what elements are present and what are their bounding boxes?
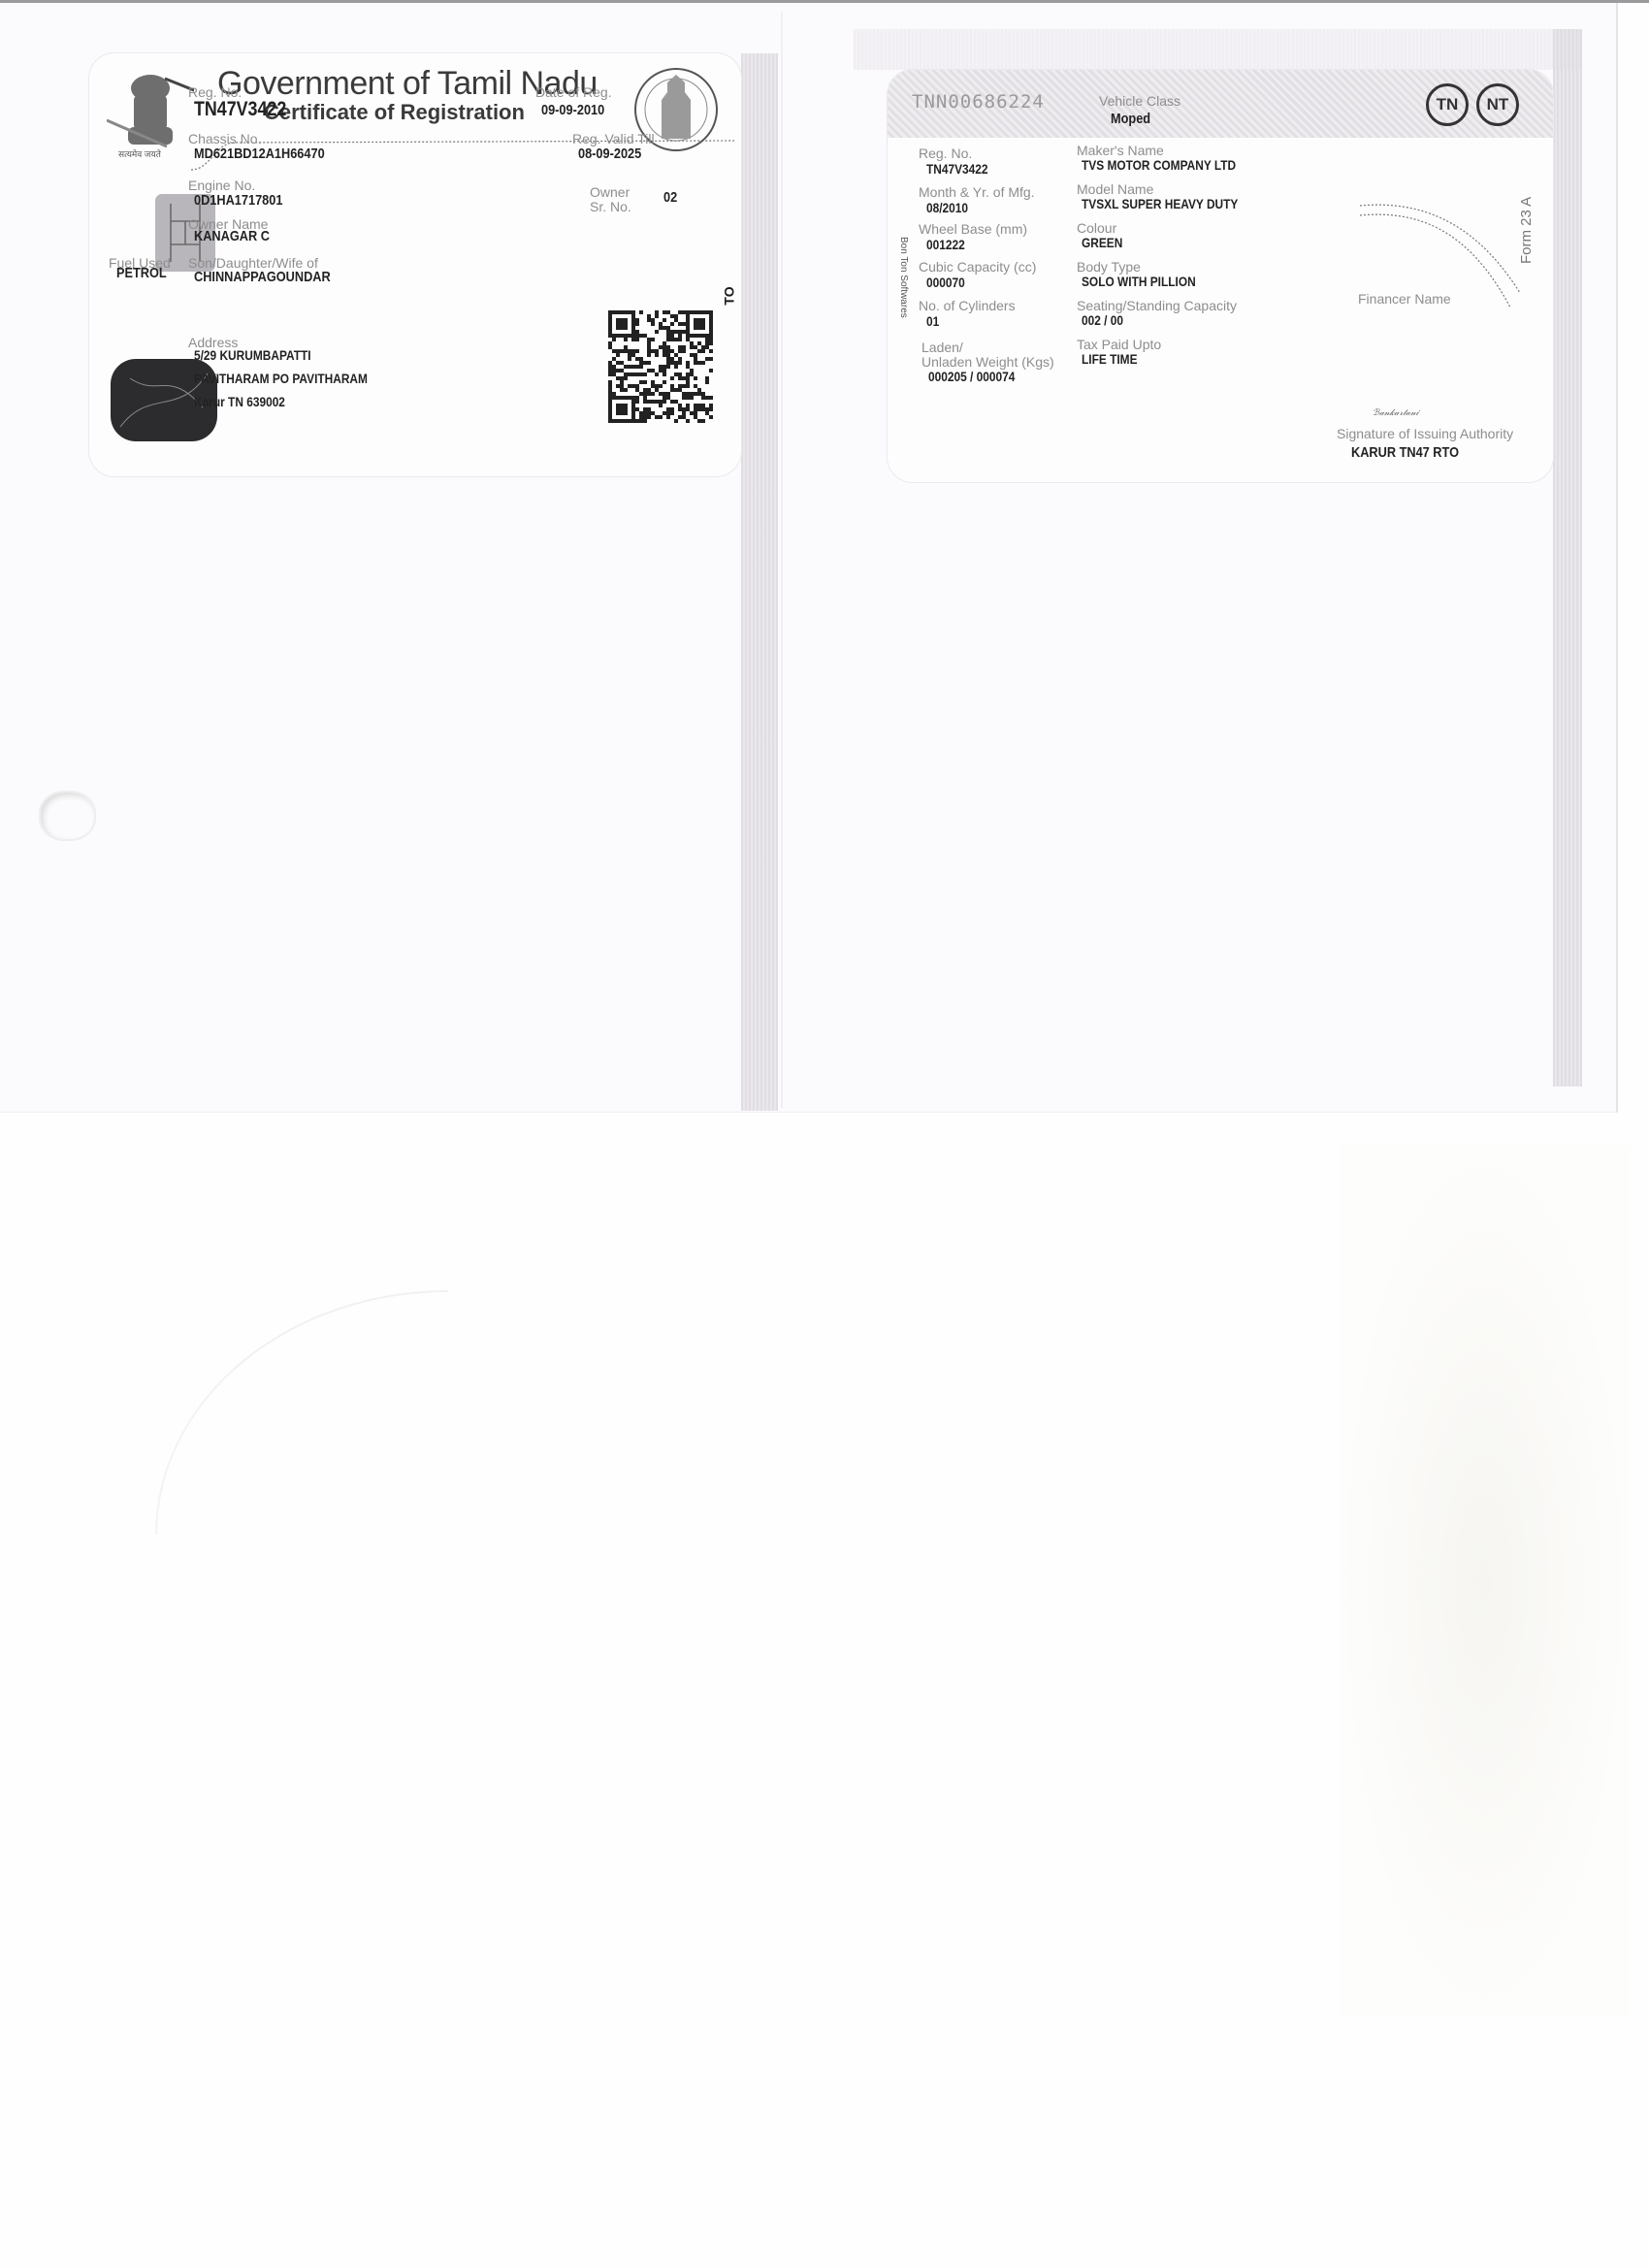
address-line-2: PAVITHARAM PO PAVITHARAM (194, 371, 368, 386)
chassis-no-label: Chassis No. (188, 131, 261, 146)
software-vendor: Bon Ton Softwares (898, 237, 909, 318)
side-mark: TO (722, 286, 737, 305)
rc-card-front: सत्यमेव जयते Government of Tamil Nadu Ce… (89, 53, 741, 476)
card-subtitle: Certificate of Registration (264, 100, 525, 125)
left-field-label: Month & Yr. of Mfg. (919, 184, 1035, 200)
owner-name-value: KANAGAR C (194, 228, 270, 244)
paper-fold (155, 1290, 448, 1535)
left-field-label: Cubic Capacity (cc) (919, 259, 1036, 275)
right-field-label: Model Name (1077, 181, 1153, 197)
owner-sr-label-1: Owner (590, 184, 630, 200)
address-line-1: 5/29 KURUMBAPATTI (194, 347, 311, 363)
date-of-reg-value: 09-09-2010 (541, 102, 604, 118)
fuel-used-value: PETROL (116, 265, 167, 281)
tn-badge-icon: TN (1426, 83, 1469, 126)
owner-sr-value: 02 (663, 189, 677, 206)
right-field-value: TVS MOTOR COMPANY LTD (1082, 157, 1236, 173)
left-field-value: TN47V3422 (926, 161, 988, 177)
financer-name-label: Financer Name (1358, 291, 1451, 307)
vehicle-class-value: Moped (1111, 111, 1150, 127)
left-field-label: No. of Cylinders (919, 298, 1016, 313)
owner-sr-label-2: Sr. No. (590, 199, 631, 214)
right-field-label: Body Type (1077, 259, 1141, 275)
signature: ℬ𝒶𝓃𝓀𝒶𝓇𝓉𝒶𝓃𝒾 (1373, 407, 1419, 418)
scanner-edge (0, 0, 1649, 3)
microtext-curve (1355, 196, 1530, 341)
paper-stain (1339, 1145, 1630, 2018)
scan-divider (781, 12, 783, 1108)
right-field-value: LIFE TIME (1082, 351, 1138, 367)
right-field-label: Maker's Name (1077, 143, 1164, 158)
paper-dent (39, 791, 96, 841)
right-field-label: Seating/Standing Capacity (1077, 298, 1237, 313)
date-of-reg-label: Date of Reg. (535, 84, 612, 100)
left-field-label: Unladen Weight (Kgs) (921, 354, 1054, 370)
right-field-value: SOLO WITH PILLION (1082, 274, 1196, 289)
card-shadow-band-top (854, 29, 1581, 70)
right-field-value: GREEN (1082, 235, 1122, 250)
right-field-label: Colour (1077, 220, 1116, 236)
emblem-motto: सत्यमेव जयते (118, 147, 161, 160)
engine-no-value: 0D1HA1717801 (194, 192, 282, 209)
left-field-label: Wheel Base (mm) (919, 221, 1027, 237)
left-field-value: 000070 (926, 275, 965, 290)
left-field-value: 000205 / 000074 (928, 369, 1015, 384)
left-field-label: Reg. No. (919, 146, 972, 161)
left-field-value: 08/2010 (926, 200, 968, 215)
form-label: Form 23 A (1518, 197, 1535, 264)
chassis-no-value: MD621BD12A1H66470 (194, 146, 325, 162)
rc-card-back: TNN00686224 Vehicle Class Moped TN NT Bo… (888, 70, 1553, 482)
reg-valid-till-value: 08-09-2025 (578, 146, 641, 162)
left-field-label: Laden/ (921, 340, 963, 355)
right-field-value: 002 / 00 (1082, 312, 1123, 328)
right-field-value: TVSXL SUPER HEAVY DUTY (1082, 196, 1238, 211)
right-field-label: Tax Paid Upto (1077, 337, 1161, 352)
address-line-3: Karur TN 639002 (194, 394, 285, 409)
left-field-value: 001222 (926, 237, 965, 252)
left-field-value: 01 (926, 313, 939, 329)
card-serial: TNN00686224 (912, 91, 1045, 113)
nt-badge-icon: NT (1476, 83, 1519, 126)
card-shadow-band-left (741, 53, 778, 1111)
qr-code-icon (608, 310, 713, 423)
reg-no-value: TN47V3422 (194, 98, 286, 121)
reg-valid-till-label: Reg. Valid Till (572, 131, 655, 146)
engine-no-label: Engine No. (188, 178, 255, 193)
card-shadow-band-right (1553, 29, 1582, 1086)
signature-label: Signature of Issuing Authority (1337, 426, 1513, 441)
vehicle-class-label: Vehicle Class (1099, 93, 1180, 109)
issuing-authority: KARUR TN47 RTO (1351, 444, 1459, 461)
relation-value: CHINNAPPAGOUNDAR (194, 269, 331, 285)
